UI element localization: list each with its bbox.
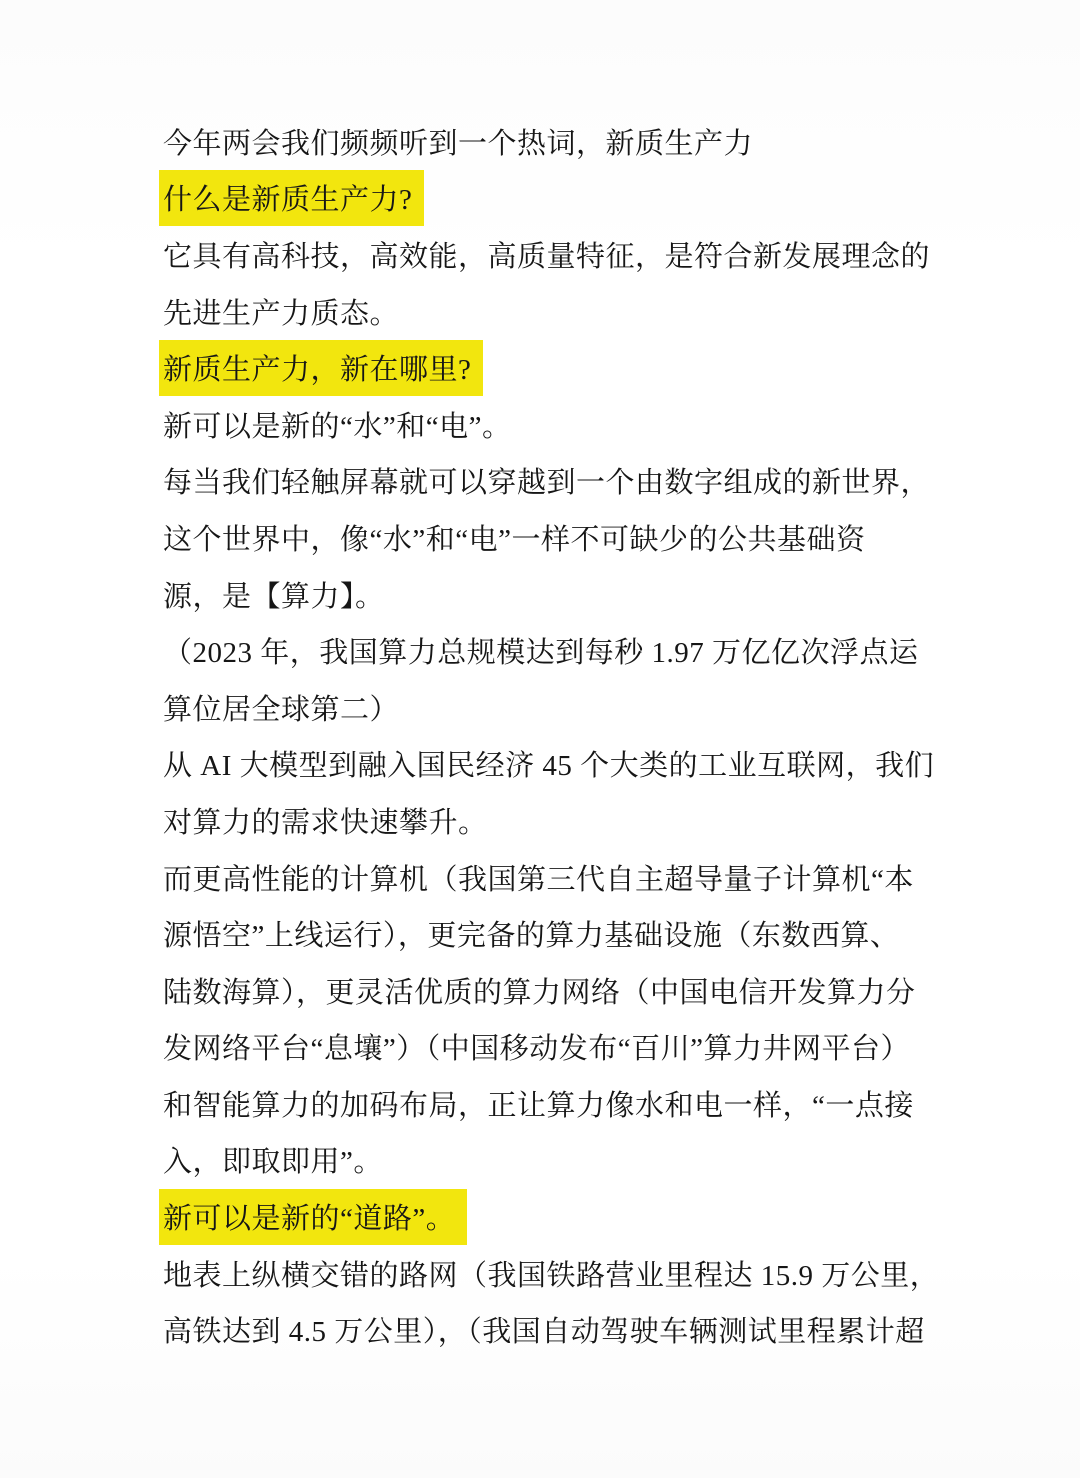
line-text: 从 AI 大模型到融入国民经济 45 个大类的工业互联网，我们 (163, 743, 934, 784)
text-line: 陆数海算），更灵活优质的算力网络（中国电信开发算力分 (163, 962, 953, 1019)
line-text: 这个世界中，像“水”和“电”一样不可缺少的公共基础资 (163, 517, 866, 558)
line-text: 对算力的需求快速攀升。 (163, 800, 488, 841)
line-text: 今年两会我们频频听到一个热词，新质生产力 (163, 121, 753, 162)
highlighted-heading: 什么是新质生产力? (159, 170, 424, 226)
line-text: 发网络平台“息壤”）（中国移动发布“百川”算力井网平台） (163, 1026, 910, 1067)
line-text: 每当我们轻触屏幕就可以穿越到一个由数字组成的新世界， (163, 460, 930, 501)
line-text: 和智能算力的加码布局，正让算力像水和电一样，“一点接 (163, 1083, 914, 1124)
text-line: 对算力的需求快速攀升。 (163, 792, 953, 849)
text-line: 而更高性能的计算机（我国第三代自主超导量子计算机“本 (163, 849, 953, 906)
text-line: （2023 年，我国算力总规模达到每秒 1.97 万亿亿次浮点运 (163, 622, 953, 679)
text-line-highlighted: 新质生产力，新在哪里? (163, 339, 953, 396)
text-line: 源，是【算力】。 (163, 566, 953, 623)
line-text: 源悟空”上线运行），更完备的算力基础设施（东数西算、 (163, 913, 899, 954)
text-line-highlighted: 什么是新质生产力? (163, 170, 953, 227)
highlighted-heading: 新质生产力，新在哪里? (159, 340, 483, 396)
line-text: （2023 年，我国算力总规模达到每秒 1.97 万亿亿次浮点运 (163, 630, 919, 671)
text-line: 从 AI 大模型到融入国民经济 45 个大类的工业互联网，我们 (163, 736, 953, 793)
document-page: 今年两会我们频频听到一个热词，新质生产力 什么是新质生产力? 它具有高科技，高效… (0, 0, 1080, 1478)
text-line: 每当我们轻触屏幕就可以穿越到一个由数字组成的新世界， (163, 453, 953, 510)
text-line: 入，即取即用”。 (163, 1132, 953, 1189)
line-text: 先进生产力质态。 (163, 291, 399, 332)
text-line: 先进生产力质态。 (163, 283, 953, 340)
line-text: 算位居全球第二） (163, 687, 399, 728)
line-text: 源，是【算力】。 (163, 574, 385, 615)
line-text: 入，即取即用”。 (163, 1139, 383, 1180)
text-line: 源悟空”上线运行），更完备的算力基础设施（东数西算、 (163, 905, 953, 962)
text-block: 今年两会我们频频听到一个热词，新质生产力 什么是新质生产力? 它具有高科技，高效… (163, 113, 953, 1358)
text-line: 高铁达到 4.5 万公里），（我国自动驾驶车辆测试里程累计超 (163, 1301, 953, 1358)
text-line-highlighted: 新可以是新的“道路”。 (163, 1188, 953, 1245)
line-text: 地表上纵横交错的路网（我国铁路营业里程达 15.9 万公里， (163, 1253, 939, 1294)
text-line: 新可以是新的“水”和“电”。 (163, 396, 953, 453)
text-line: 它具有高科技，高效能，高质量特征，是符合新发展理念的 (163, 226, 953, 283)
line-text: 陆数海算），更灵活优质的算力网络（中国电信开发算力分 (163, 970, 916, 1011)
text-line: 这个世界中，像“水”和“电”一样不可缺少的公共基础资 (163, 509, 953, 566)
text-line: 今年两会我们频频听到一个热词，新质生产力 (163, 113, 953, 170)
line-text: 它具有高科技，高效能，高质量特征，是符合新发展理念的 (163, 234, 930, 275)
text-line: 地表上纵横交错的路网（我国铁路营业里程达 15.9 万公里， (163, 1245, 953, 1302)
line-text: 高铁达到 4.5 万公里），（我国自动驾驶车辆测试里程累计超 (163, 1309, 925, 1350)
text-line: 发网络平台“息壤”）（中国移动发布“百川”算力井网平台） (163, 1019, 953, 1076)
highlighted-heading: 新可以是新的“道路”。 (159, 1189, 467, 1245)
text-line: 算位居全球第二） (163, 679, 953, 736)
line-text: 而更高性能的计算机（我国第三代自主超导量子计算机“本 (163, 857, 914, 898)
line-text: 新可以是新的“水”和“电”。 (163, 404, 512, 445)
text-line: 和智能算力的加码布局，正让算力像水和电一样，“一点接 (163, 1075, 953, 1132)
